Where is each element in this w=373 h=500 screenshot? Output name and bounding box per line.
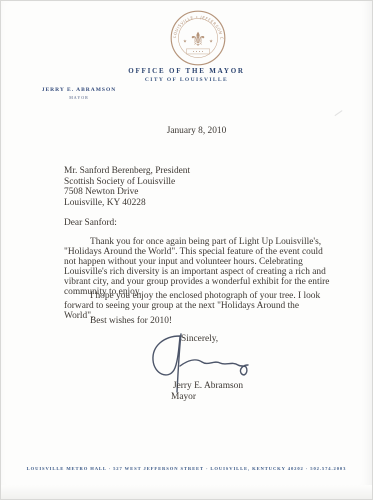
fleur-de-lis-icon: ⚜ [189, 28, 207, 51]
footer-address-line: LOUISVILLE METRO HALL · 527 WEST JEFFERS… [1, 466, 372, 471]
recipient-name-line: Mr. Sanford Berenberg, President [64, 166, 284, 177]
seal-band-text: • • • • [193, 50, 204, 54]
scanned-letter-page: LOUISVILLE • JEFFERSON COUNTY ⚜ ★ ★ • • … [0, 0, 373, 500]
body-paragraph-3: Best wishes for 2010! [64, 317, 330, 327]
recipient-org-line: Scottish Society of Louisville [64, 177, 284, 188]
body-paragraph-1: Thank you for once again being part of L… [64, 238, 330, 297]
city-seal-icon: LOUISVILLE • JEFFERSON COUNTY ⚜ ★ ★ • • … [169, 9, 227, 67]
recipient-city-line: Louisville, KY 40228 [64, 198, 284, 209]
date-line: January 8, 2010 [21, 126, 372, 136]
seal-left-star-icon: ★ [183, 38, 187, 44]
seal-right-star-icon: ★ [209, 38, 213, 44]
salutation: Dear Sanford: [64, 218, 117, 228]
letterhead-official-title: MAYOR [29, 95, 129, 100]
scan-artifact [335, 110, 347, 122]
letterhead-official-name: JERRY E. ABRAMSON [29, 87, 129, 93]
scan-edge-shading [1, 485, 372, 499]
letterhead-office-line: OFFICE OF THE MAYOR [1, 67, 372, 75]
recipient-street-line: 7508 Newton Drive [64, 187, 284, 198]
recipient-address-block: Mr. Sanford Berenberg, President Scottis… [64, 166, 284, 208]
letterhead-city-line: CITY OF LOUISVILLE [1, 77, 372, 83]
signature-title: Mayor [171, 392, 196, 402]
signature-name: Jerry E. Abramson [173, 381, 243, 391]
